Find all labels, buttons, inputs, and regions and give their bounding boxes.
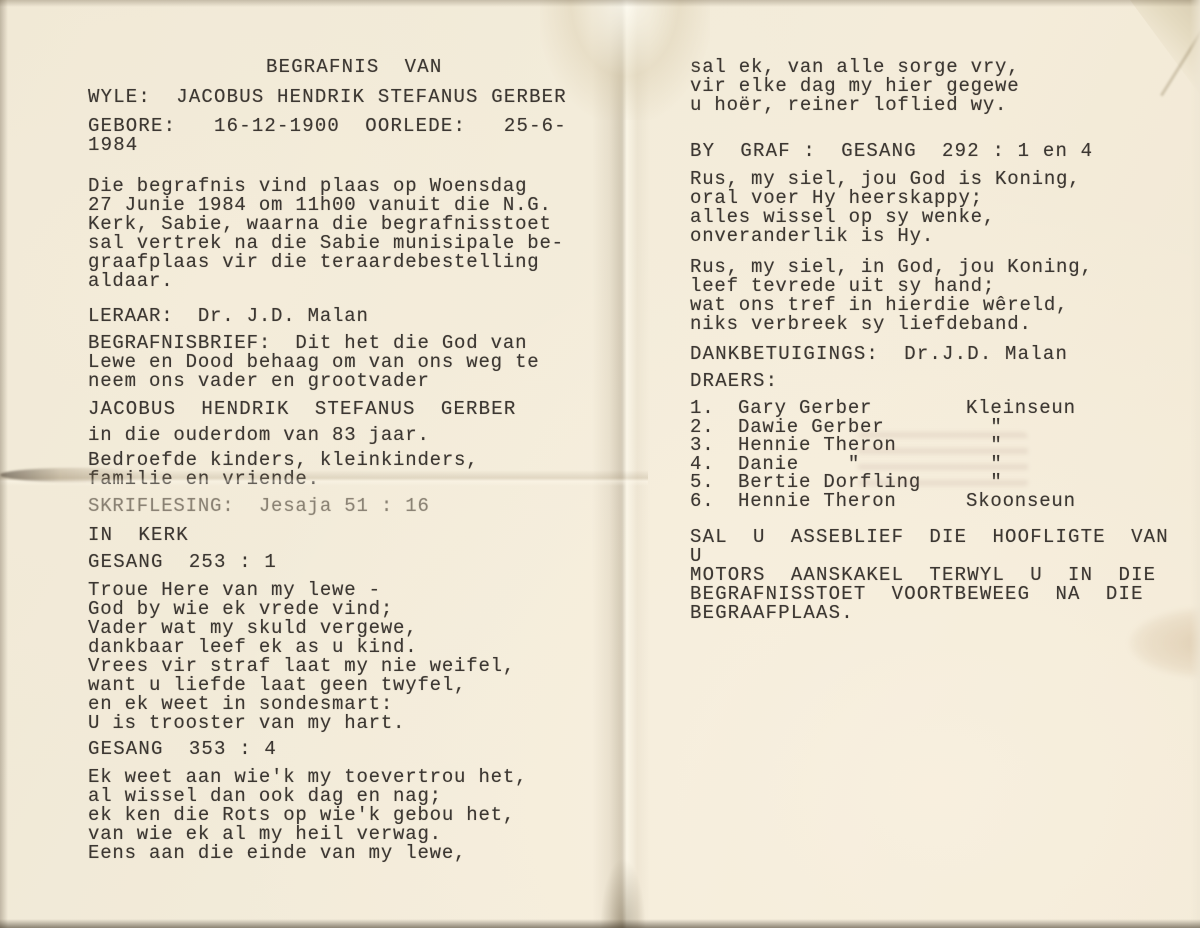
acknowledgements-line: DANKBETUIGINGS: Dr.J.D. Malan [690, 345, 1170, 364]
pallbearer-name: Gary Gerber [738, 399, 966, 418]
center-fold-crease [592, 0, 650, 928]
hymn-353-verse: Ek weet aan wie'k my toevertrou het, al … [88, 768, 593, 863]
minister-line: LERAAR: Dr. J.D. Malan [88, 307, 593, 326]
hymn-continuation-verse: sal ek, van alle sorge vry, vir elke dag… [690, 58, 1170, 115]
in-church-heading: IN KERK [88, 526, 593, 545]
deceased-name-line: WYLE: JACOBUS HENDRIK STEFANUS GERBER [88, 88, 593, 107]
pallbearers-list: 1. Gary Gerber Kleinseun 2. Dawie Gerber… [690, 399, 1170, 510]
pallbearer-name: Hennie Theron [738, 436, 966, 455]
pallbearers-heading: DRAERS: [690, 372, 1170, 391]
paper-edge-bottom [0, 919, 1200, 928]
pallbearer-row: 5. Bertie Dorfling " [690, 473, 1170, 492]
pallbearer-relation: Kleinseun [966, 399, 1076, 418]
pallbearer-number: 6. [690, 492, 738, 511]
hymn-353-heading: GESANG 353 : 4 [88, 740, 593, 759]
fold-bottom-shadow [600, 858, 646, 928]
pallbearer-relation: " [966, 436, 1003, 455]
pallbearer-relation: " [966, 473, 1003, 492]
graveside-verse-1: Rus, my siel, jou God is Koning, oral vo… [690, 170, 1170, 246]
right-page: sal ek, van alle sorge vry, vir elke dag… [690, 58, 1170, 623]
pallbearer-name: Bertie Dorfling [738, 473, 966, 492]
pallbearer-number: 1. [690, 399, 738, 418]
pallbearer-number: 3. [690, 436, 738, 455]
paper-edge-left [0, 0, 8, 928]
pallbearer-name: Hennie Theron [738, 492, 966, 511]
birth-death-dates: GEBORE: 16-12-1900 OORLEDE: 25-6-1984 [88, 117, 593, 155]
hymn-253-heading: GESANG 253 : 1 [88, 553, 593, 572]
graveside-hymn-heading: BY GRAF : GESANG 292 : 1 en 4 [690, 142, 1170, 161]
pallbearer-row: 6. Hennie Theron Skoonseun [690, 492, 1170, 511]
scanned-funeral-program: BEGRAFNIS VAN WYLE: JACOBUS HENDRIK STEF… [0, 0, 1200, 928]
funeral-details-paragraph: Die begrafnis vind plaas op Woensdag 27 … [88, 177, 593, 291]
pallbearer-row: 3. Hennie Theron " [690, 436, 1170, 455]
pallbearer-row: 1. Gary Gerber Kleinseun [690, 399, 1170, 418]
hymn-253-verse: Troue Here van my lewe - God by wie ek v… [88, 581, 593, 733]
left-page: BEGRAFNIS VAN WYLE: JACOBUS HENDRIK STEF… [88, 58, 593, 863]
pallbearer-number: 5. [690, 473, 738, 492]
paper-edge-top [0, 0, 1200, 7]
funeral-letter-paragraph: BEGRAFNISBRIEF: Dit het die God van Lewe… [88, 334, 593, 391]
pallbearer-relation: Skoonseun [966, 492, 1076, 511]
age-line: in die ouderdom van 83 jaar. [88, 426, 593, 445]
paper-edge-right [1190, 0, 1200, 928]
deceased-full-name: JACOBUS HENDRIK STEFANUS GERBER [88, 400, 593, 419]
headlights-notice: SAL U ASSEBLIEF DIE HOOFLIGTE VAN U MOTO… [690, 528, 1170, 623]
mourners-line: Bedroefde kinders, kleinkinders, familie… [88, 451, 593, 489]
graveside-verse-2: Rus, my siel, in God, jou Koning, leef t… [690, 258, 1170, 334]
program-title: BEGRAFNIS VAN [88, 58, 593, 77]
scripture-reading-line: SKRIFLESING: Jesaja 51 : 16 [88, 497, 593, 516]
